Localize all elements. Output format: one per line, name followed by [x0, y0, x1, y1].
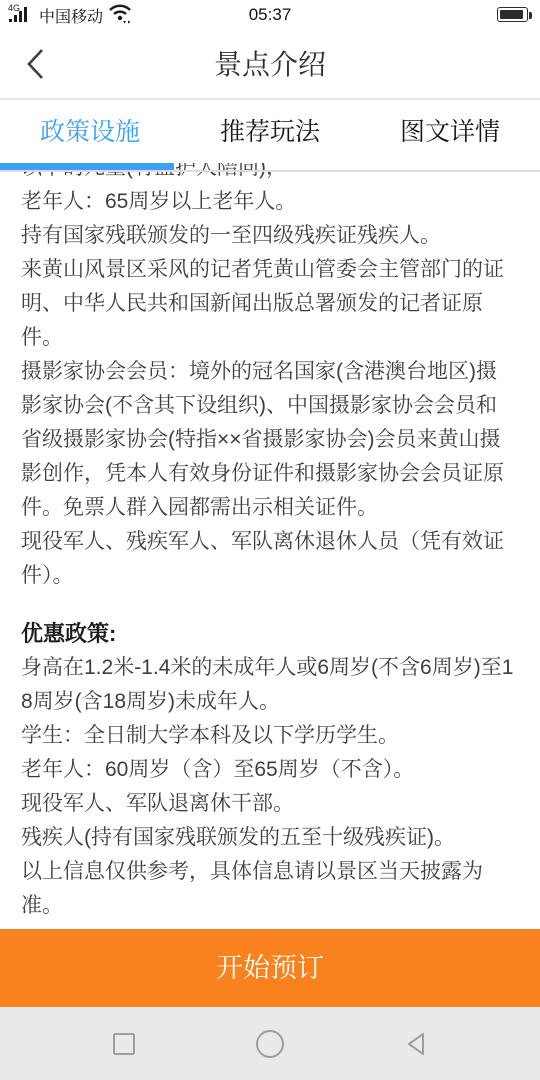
policy-text-line: 件）。	[0, 559, 540, 593]
header: 景点介绍	[0, 30, 540, 100]
free-ticket-policy-text: 以下的儿童(有监护人陪同)，老年人：65周岁以上老年人。持有国家残联颁发的一至四…	[0, 155, 540, 593]
policy-text-line: 学生：全日制大学本科及以下学历学生。	[0, 719, 540, 753]
discount-policy-section: 优惠政策: 身高在1.2米-1.4米的未成年人或6周岁(不含6周岁)至18周岁(…	[0, 617, 540, 923]
policy-scroll-area[interactable]: 以下的儿童(有监护人陪同)，老年人：65周岁以上老年人。持有国家残联颁发的一至四…	[0, 155, 540, 929]
policy-text-line: 老年人：60周岁（含）至65周岁（不含）。	[0, 753, 540, 787]
tab-1[interactable]: 推荐玩法	[180, 112, 360, 163]
discount-policy-heading: 优惠政策:	[0, 617, 540, 651]
policy-text-line: 老年人：65周岁以上老年人。	[0, 185, 540, 219]
tab-2[interactable]: 图文详情	[360, 112, 540, 163]
policy-text-line: 准。	[0, 889, 540, 923]
svg-text:4G: 4G	[8, 3, 20, 13]
policy-text-line: 摄影家协会会员：境外的冠名国家(含港澳台地区)摄	[0, 355, 540, 389]
policy-text-line: 现役军人、军队退离休干部。	[0, 787, 540, 821]
discount-policy-text: 身高在1.2米-1.4米的未成年人或6周岁(不含6周岁)至18周岁(含18周岁)…	[0, 651, 540, 923]
policy-text-line: 件。免票人群入园都需出示相关证件。	[0, 491, 540, 525]
signal-strength-icon: 4G	[8, 3, 34, 28]
policy-text-line: 影创作，凭本人有效身份证件和摄影家协会会员证原	[0, 457, 540, 491]
back-triangle-icon[interactable]	[404, 1031, 428, 1057]
active-tab-indicator	[0, 163, 174, 170]
policy-text-line: 残疾人(持有国家残联颁发的五至十级残疾证)。	[0, 821, 540, 855]
wifi-icon	[108, 2, 134, 29]
clock: 05:37	[249, 5, 292, 25]
policy-text-line: 件。	[0, 321, 540, 355]
status-bar: 4G 中国移动 05:37	[0, 0, 540, 30]
tab-bar-divider	[0, 170, 540, 172]
android-nav-bar	[0, 1007, 540, 1080]
policy-text-line: 8周岁(含18周岁)未成年人。	[0, 685, 540, 719]
screen: 4G 中国移动 05:37	[0, 0, 540, 1080]
policy-text-line: 身高在1.2米-1.4米的未成年人或6周岁(不含6周岁)至1	[0, 651, 540, 685]
policy-text-line: 明、中华人民共和国新闻出版总署颁发的记者证原	[0, 287, 540, 321]
start-booking-button[interactable]: 开始预订	[0, 929, 540, 1007]
policy-text-line: 持有国家残联颁发的一至四级残疾证残疾人。	[0, 219, 540, 253]
back-button[interactable]	[14, 44, 58, 88]
home-circle-icon[interactable]	[255, 1029, 285, 1059]
tab-0[interactable]: 政策设施	[0, 112, 180, 163]
tab-bar: 政策设施推荐玩法图文详情	[0, 102, 540, 163]
policy-text-line: 来黄山风景区采风的记者凭黄山管委会主管部门的证	[0, 253, 540, 287]
policy-text-line: 现役军人、残疾军人、军队离休退休人员（凭有效证	[0, 525, 540, 559]
policy-text-line: 以上信息仅供参考，具体信息请以景区当天披露为	[0, 855, 540, 889]
policy-text-line: 省级摄影家协会(特指××省摄影家协会)会员来黄山摄	[0, 423, 540, 457]
battery-icon	[497, 7, 528, 22]
policy-text-line: 影家协会(不含其下设组织)、中国摄影家协会会员和	[0, 389, 540, 423]
recents-square-icon[interactable]	[112, 1032, 136, 1056]
carrier-label: 中国移动	[39, 4, 103, 27]
chevron-left-icon	[25, 47, 47, 86]
page-title: 景点介绍	[0, 30, 540, 100]
